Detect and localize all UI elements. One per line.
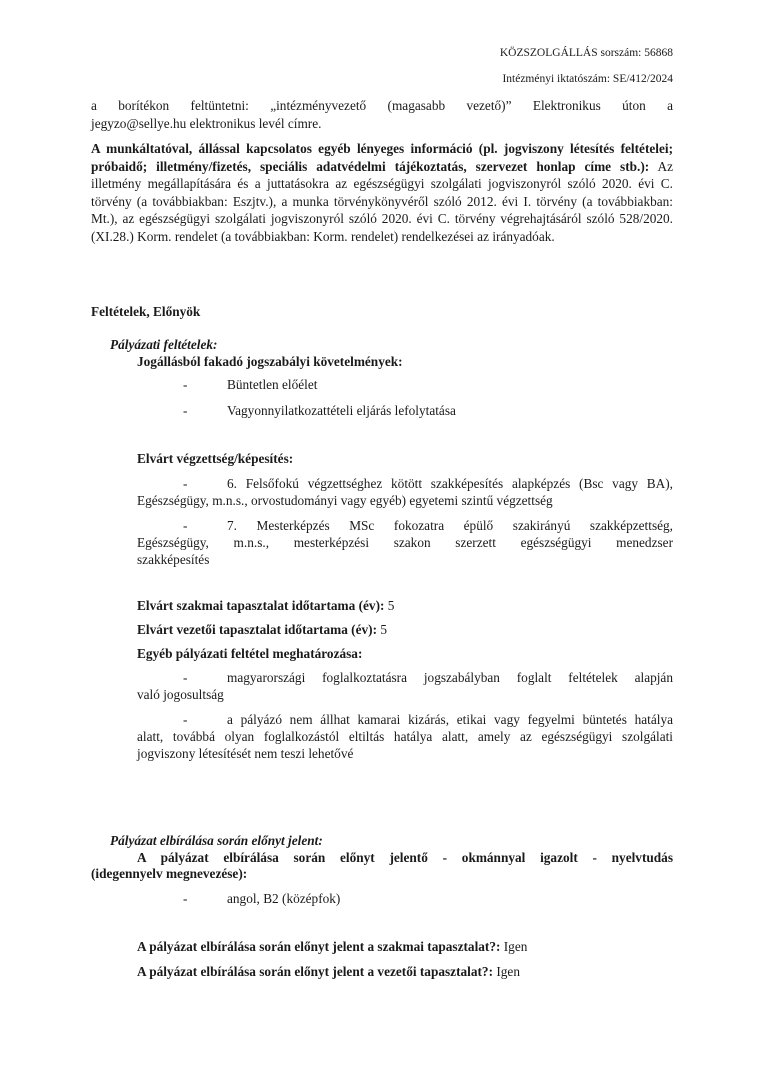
bullet-dash: - [183,476,187,492]
management-experience-advantage-value: Igen [493,964,520,979]
submission-instructions: a borítékon feltüntetni: „intézményvezet… [91,97,673,132]
professional-experience-years: 5 [384,598,394,613]
section-title: Feltételek, Előnyök [91,304,200,320]
legal-requirements-heading: Jogállásból fakadó jogszabályi követelmé… [137,354,403,370]
bullet-dash: - [183,712,187,728]
professional-experience-advantage: A pályázat elbírálása során előnyt jelen… [137,939,527,955]
bullet-dash: - [183,670,187,686]
conditions-heading: Pályázati feltételek: [110,337,217,353]
professional-experience-advantage-value: Igen [500,939,527,954]
bullet-dash: - [183,403,187,419]
other-info-label: A munkáltatóval, állással kapcsolatos eg… [91,141,673,174]
education-heading: Elvárt végzettség/képesítés: [137,451,293,467]
advantages-heading: Pályázat elbírálása során előnyt jelent: [110,833,323,849]
management-experience-years: 5 [377,622,387,637]
document-number: KÖZSZOLGÁLLÁS sorszám: 56868 [500,47,673,59]
other-conditions-heading: Egyéb pályázati feltétel meghatározása: [137,646,362,662]
management-experience-requirement: Elvárt vezetői tapasztalat időtartama (é… [137,622,387,638]
other-employer-info: A munkáltatóval, állással kapcsolatos eg… [91,140,673,246]
bullet-dash: - [183,891,187,907]
bullet-dash: - [183,377,187,393]
instructions-line-2: jegyzo@sellye.hu elektronikus levél címr… [91,115,673,133]
professional-experience-requirement: Elvárt szakmai tapasztalat időtartama (é… [137,598,394,614]
instructions-line-1: a borítékon feltüntetni: „intézményvezet… [91,97,673,115]
management-experience-advantage: A pályázat elbírálása során előnyt jelen… [137,964,520,980]
language-requirement-heading: A pályázat elbírálása során előnyt jelen… [91,850,673,882]
institution-reference-number: Intézményi iktatószám: SE/412/2024 [502,73,673,85]
bullet-dash: - [183,518,187,534]
